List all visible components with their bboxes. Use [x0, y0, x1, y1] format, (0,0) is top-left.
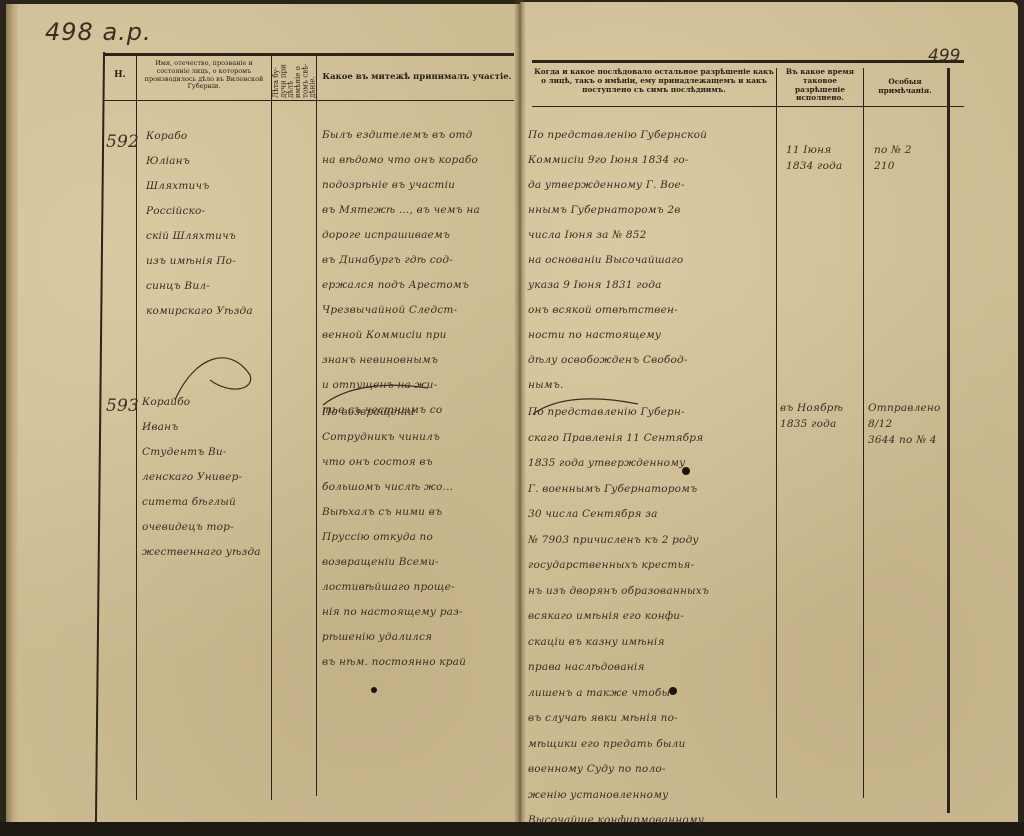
folio-left: 498 a.p. [45, 18, 152, 46]
paper-hole [682, 467, 690, 475]
entry-593-resolution: По представленiю Губерн- скаго Правленія… [528, 400, 774, 834]
header-bottom-rule-left [104, 100, 514, 101]
right-border-rule [947, 68, 950, 813]
header-resolution: Когда и какое послѣдовало остальное разр… [532, 68, 776, 94]
header-name: Имя, отечество, прозванiе и состоянiе ли… [140, 60, 268, 91]
header-notes: Особыя примѣчанiя. [865, 78, 945, 96]
col-rule-years [316, 56, 317, 796]
entry-592-executed: 11 Iюня 1834 года [786, 142, 862, 174]
col-rule-num [136, 56, 137, 800]
ledger-book-spread: 498 a.p. 499 Н. Имя, отечество, прозванi… [0, 0, 1024, 836]
header-bottom-rule-right [532, 106, 964, 107]
bottom-shadow [0, 822, 1024, 836]
header-years: Лѣта бу- дучи при дѣлѣ имѣніе о томъ свѣ… [273, 58, 314, 98]
header-executed: Въ какое время таковое разрѣшенiе исполн… [778, 68, 862, 103]
entry-592-number: 592 [106, 132, 139, 152]
entry-592-name: Корабо Юлiанъ Шляхтичъ Россiйско- скій Ш… [146, 124, 270, 324]
entry-593-number: 593 [106, 396, 139, 416]
header-top-rule-left [104, 53, 514, 56]
entry-593-notes: Отправлено 8/12 3644 по № 4 [868, 400, 946, 448]
entry-593-name: Корайбо Иванъ Студентъ Ви- ленскаго Унив… [142, 390, 270, 565]
entry-592-resolution: По представленiю Губернской Коммисiи 9го… [528, 123, 774, 398]
entry-592-notes: по № 2 210 [874, 142, 944, 174]
col-rule-name [271, 56, 272, 800]
header-top-rule-right [532, 60, 964, 63]
folio-right: 499 [928, 46, 960, 66]
entry-593-executed: въ Ноябрѣ 1835 года [780, 400, 860, 432]
entry-592-role: Былъ ездителемъ въ отд на вѣдомо что онъ… [322, 123, 516, 423]
col-rule-executed [863, 68, 864, 798]
paper-hole [371, 687, 377, 693]
flourish-icon [318, 380, 458, 410]
flourish-icon [170, 345, 260, 405]
flourish-icon [528, 394, 648, 420]
header-role: Какое въ митежѣ принималъ участiе. [320, 72, 514, 82]
page-edge [6, 4, 18, 826]
paper-hole [669, 687, 677, 695]
entry-593-role: По возвращенiи Сотрудникъ чинилъ что онъ… [322, 400, 516, 675]
header-num: Н. [104, 70, 136, 81]
col-rule-resolution [776, 68, 777, 798]
